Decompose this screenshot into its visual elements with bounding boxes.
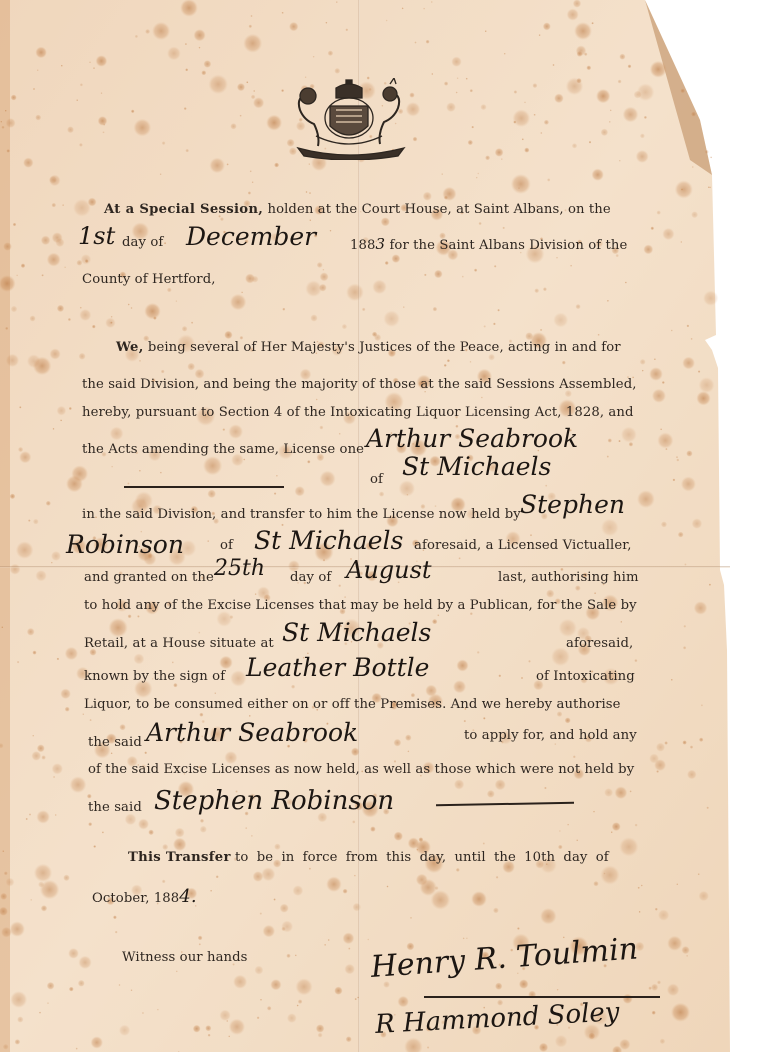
day-of-label: day of (122, 235, 163, 250)
handwritten-holder-first-name: Stephen (520, 490, 625, 519)
handwritten-former-holder: Stephen Robinson (154, 786, 394, 816)
handwritten-house-place: St Michaels (282, 618, 431, 647)
justices-line-1-text: being several of Her Majesty's Justices … (148, 340, 621, 355)
granted-day-of-label: day of (290, 570, 331, 585)
transfer-validity-text: to be in force from this day, until the … (235, 850, 609, 865)
signature-underline (424, 996, 660, 998)
special-session-heading: At a Special Session, (104, 202, 263, 217)
county-line: County of Hertford, (82, 272, 216, 287)
royal-crest-icon (286, 78, 416, 160)
handwritten-granted-day: 25th (214, 556, 265, 581)
year-printed: 188 (350, 238, 375, 253)
witness-label: Witness our hands (122, 950, 248, 965)
session-line-2-text: for the Saint Albans Division of the (389, 238, 627, 253)
house-situate-label: Retail, at a House situate at (84, 636, 274, 651)
expiry-date-printed: October, 188 (92, 891, 179, 906)
justices-line-4: the Acts amending the same, License one (82, 442, 364, 457)
premises-line: Liquor, to be consumed either on or off … (84, 697, 621, 712)
of-label-2: of (220, 538, 233, 553)
handwritten-licensee-place: St Michaels (402, 452, 551, 481)
sign-of-label: known by the sign of (84, 669, 225, 684)
handwritten-expiry-year-digit: 4. (179, 886, 196, 907)
session-line-1: At a Special Session, holden at the Cour… (104, 202, 611, 217)
handwritten-month: December (186, 222, 316, 251)
intoxicating-label: of Intoxicating (536, 669, 635, 684)
apply-for-label: to apply for, and hold any (464, 728, 637, 743)
handwritten-granted-month: August (346, 556, 432, 584)
aforesaid-label: aforesaid, (566, 636, 633, 651)
this-transfer-heading: This Transfer (128, 850, 231, 865)
expiry-line: October, 1884. (92, 886, 197, 907)
granted-on-label: and granted on the (84, 570, 214, 585)
of-label-1: of (370, 472, 383, 487)
excise-held-line: of the said Excise Licenses as now held,… (88, 762, 634, 777)
handwritten-licensee-name: Arthur Seabrook (366, 424, 578, 453)
handwritten-holder-surname: Robinson (66, 530, 184, 559)
document-page: At a Special Session, holden at the Cour… (0, 0, 765, 1052)
justices-line-3: hereby, pursuant to Section 4 of the Int… (82, 405, 634, 420)
justices-line-2: the said Division, and being the majorit… (82, 377, 637, 392)
handwritten-house-sign: Leather Bottle (246, 653, 429, 682)
transfer-validity-line: This Transfer to be in force from this d… (128, 850, 609, 865)
session-line-1-text: holden at the Court House, at Saint Alba… (267, 202, 610, 217)
handwritten-day: 1st (78, 222, 115, 250)
victualler-line: aforesaid, a Licensed Victualler, (414, 538, 632, 553)
said-label-2: the said (88, 800, 142, 815)
we-heading: We, (116, 340, 144, 355)
transfer-line: in the said Division, and transfer to hi… (82, 507, 521, 522)
said-label-1: the said (88, 735, 142, 750)
handwritten-authorised-name: Arthur Seabrook (146, 718, 358, 747)
authorising-label: last, authorising him (498, 570, 639, 585)
justices-line-1: We, being several of Her Majesty's Justi… (116, 340, 621, 355)
blank-rule (124, 486, 284, 488)
session-line-2: 1883 for the Saint Albans Division of th… (350, 235, 627, 253)
excise-line: to hold any of the Excise Licenses that … (84, 598, 637, 613)
handwritten-holder-place: St Michaels (254, 526, 403, 555)
handwritten-year-digit: 3 (375, 235, 385, 253)
